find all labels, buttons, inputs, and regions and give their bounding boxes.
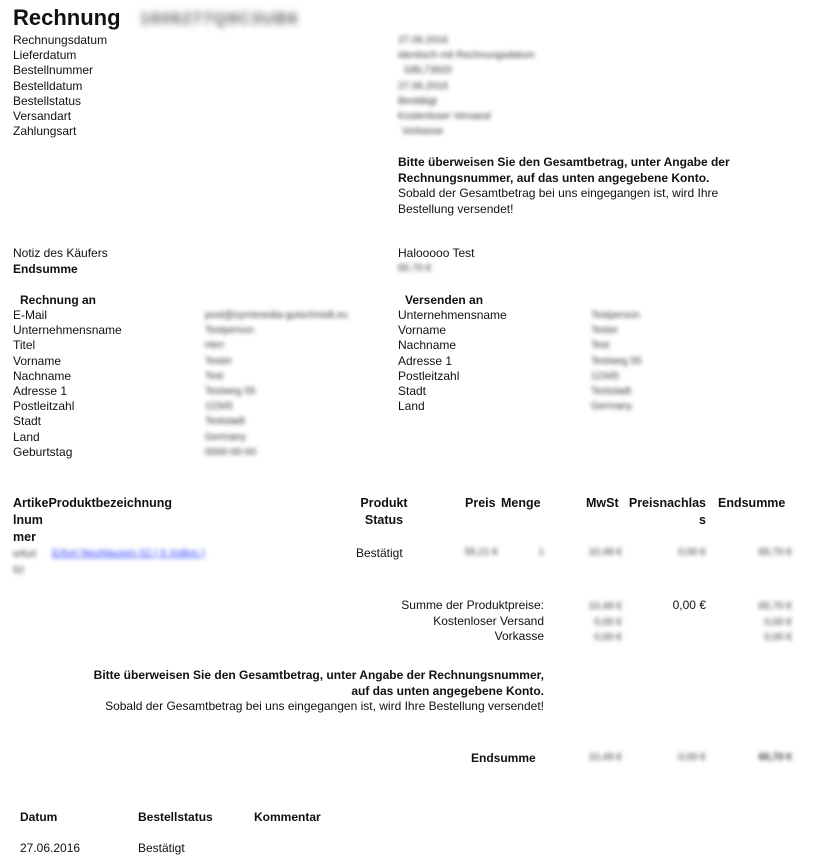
shipping-value: Germany — [591, 399, 642, 414]
col-article-number-c: mer — [13, 529, 172, 546]
summary-tax-shipping: 0,00 € — [560, 615, 622, 631]
billing-values: post@symtmedia-gutschmidt.eu Testperson … — [205, 308, 348, 460]
product-name-link[interactable]: Erfurt Neuhlausen 52 ( 6 Xolkm ) — [52, 547, 205, 559]
shipping-value: Testperson — [591, 308, 642, 323]
value-bestellstatus: Bestätigt — [398, 94, 535, 109]
shipping-label: Vorname — [398, 323, 507, 338]
grand-total-discount: 0,00 € — [640, 752, 706, 763]
payment-notice-2: Bitte überweisen Sie den Gesamtbetrag, u… — [20, 668, 544, 715]
billing-label: Stadt — [13, 414, 122, 429]
grand-total-value: 65,70 € — [720, 752, 792, 763]
shipping-value: Teststadt — [591, 384, 642, 399]
billing-value: Germany — [205, 430, 348, 445]
col-article-number-b: lnum — [13, 512, 172, 529]
label-zahlungsart: Zahlungsart — [13, 124, 107, 139]
col-discount-a: Preisnachlas — [623, 495, 706, 512]
billing-value: Herr — [205, 338, 348, 353]
product-discount: 0,00 € — [640, 547, 706, 558]
billing-value: post@symtmedia-gutschmidt.eu — [205, 308, 348, 323]
order-info-labels: Rechnungsdatum Lieferdatum Bestellnummer… — [13, 33, 107, 139]
shipping-value: Tester — [591, 323, 642, 338]
billing-value: Testperson — [205, 323, 348, 338]
shipping-label: Stadt — [398, 384, 507, 399]
billing-heading: Rechnung an — [20, 293, 96, 307]
shipping-label: Unternehmensname — [398, 308, 507, 323]
summary-tax-payment: 0,00 € — [560, 630, 622, 646]
billing-labels: E-Mail Unternehmensname Titel Vorname Na… — [13, 308, 122, 460]
product-status: Bestätigt — [356, 546, 403, 560]
shipping-label: Postleitzahl — [398, 369, 507, 384]
billing-label: Adresse 1 — [13, 384, 122, 399]
history-date: 27.06.2016 — [20, 841, 80, 855]
value-lieferdatum: identisch mit Rechnungsdatum — [398, 48, 535, 63]
billing-label: Vorname — [13, 354, 122, 369]
col-product-status: Produkt Status — [356, 495, 412, 529]
label-bestellstatus: Bestellstatus — [13, 94, 107, 109]
payment-notice-2-text: Sobald der Gesamtbetrag bei uns eingegan… — [20, 699, 544, 715]
payment-notice: Bitte überweisen Sie den Gesamtbetrag, u… — [398, 155, 730, 217]
shipping-label: Land — [398, 399, 507, 414]
col-discount: Preisnachlas s — [623, 495, 706, 529]
label-lieferdatum: Lieferdatum — [13, 48, 107, 63]
total-label: Endsumme — [13, 262, 78, 276]
summary-label-products: Summe der Produktpreise: — [300, 598, 544, 614]
billing-value: Tester — [205, 354, 348, 369]
summary-labels: Summe der Produktpreise: Kostenloser Ver… — [300, 598, 544, 645]
shipping-values: Testperson Tester Test Testweg 55 12345 … — [591, 308, 642, 414]
product-quantity: 1 — [520, 547, 544, 558]
invoice-number: 1606277Q9C3UB6 — [140, 9, 299, 29]
shipping-value: 12345 — [591, 369, 642, 384]
col-article-number-a: Artike — [13, 496, 48, 510]
product-tax: 10,49 € — [560, 547, 622, 558]
col-article-number: ArtikeProduktbezeichnung lnum mer — [13, 495, 172, 546]
product-price: 55,21 € — [440, 547, 498, 558]
summary-discount-products: 0,00 € — [640, 598, 706, 612]
value-zahlungsart: Vorkasse — [398, 124, 535, 139]
value-bestellnummer: GBL73920 — [398, 63, 535, 78]
billing-label: Titel — [13, 338, 122, 353]
shipping-value: Test — [591, 338, 642, 353]
grand-total-label: Endsumme — [471, 751, 536, 765]
summary-total: 65,70 € 0,00 € 0,00 € — [720, 599, 792, 646]
summary-total-payment: 0,00 € — [720, 630, 792, 646]
history-status: Bestätigt — [138, 841, 185, 855]
summary-total-products: 65,70 € — [720, 599, 792, 615]
billing-value: Teststadt — [205, 414, 348, 429]
summary-label-payment: Vorkasse — [300, 629, 544, 645]
billing-value: 0000-00-00 — [205, 445, 348, 460]
grand-total-tax: 10,49 € — [560, 752, 622, 763]
order-info-values: 27.06.2016 identisch mit Rechnungsdatum … — [398, 33, 535, 139]
payment-notice-text-1: Sobald der Gesamtbetrag bei uns eingegan… — [398, 186, 730, 202]
col-product-name: Produktbezeichnung — [48, 496, 172, 510]
col-product-status-a: Produkt — [356, 495, 412, 512]
payment-notice-bold-1: Bitte überweisen Sie den Gesamtbetrag, u… — [398, 155, 730, 171]
summary-tax-products: 10,49 € — [560, 599, 622, 615]
billing-label: Postleitzahl — [13, 399, 122, 414]
summary-total-shipping: 0,00 € — [720, 615, 792, 631]
billing-label: E-Mail — [13, 308, 122, 323]
payment-notice-2-bold-2: auf das unten angegebene Konto. — [20, 684, 544, 700]
buyer-note-label: Notiz des Käufers — [13, 246, 108, 260]
billing-label: Unternehmensname — [13, 323, 122, 338]
billing-label: Land — [13, 430, 122, 445]
col-tax: MwSt — [586, 495, 619, 512]
billing-value: Test — [205, 369, 348, 384]
value-rechnungsdatum: 27.06.2016 — [398, 33, 535, 48]
label-versandart: Versandart — [13, 109, 107, 124]
shipping-labels: Unternehmensname Vorname Nachname Adress… — [398, 308, 507, 414]
billing-label: Geburtstag — [13, 445, 122, 460]
total-value: 65,70 € — [398, 263, 431, 274]
product-total: 65,70 € — [720, 547, 792, 558]
page-title: Rechnung — [13, 5, 121, 31]
billing-value: Testweg 55 — [205, 384, 348, 399]
label-bestelldatum: Bestelldatum — [13, 79, 107, 94]
shipping-label: Nachname — [398, 338, 507, 353]
col-discount-b: s — [623, 512, 706, 529]
history-col-status: Bestellstatus — [138, 810, 213, 824]
summary-tax: 10,49 € 0,00 € 0,00 € — [560, 599, 622, 646]
shipping-label: Adresse 1 — [398, 354, 507, 369]
payment-notice-text-2: Bestellung versendet! — [398, 202, 730, 218]
col-quantity: Menge — [501, 495, 541, 512]
payment-notice-bold-2: Rechnungsnummer, auf das unten angegeben… — [398, 171, 730, 187]
product-article-number-b: 52 — [13, 563, 36, 579]
billing-value: 12345 — [205, 399, 348, 414]
shipping-heading: Versenden an — [405, 293, 483, 307]
summary-label-shipping: Kostenloser Versand — [300, 614, 544, 630]
product-article-number: erfurt 52 — [13, 547, 36, 579]
payment-notice-2-bold-1: Bitte überweisen Sie den Gesamtbetrag, u… — [20, 668, 544, 684]
history-col-comment: Kommentar — [254, 810, 321, 824]
col-total: Endsumme — [718, 495, 785, 512]
label-bestellnummer: Bestellnummer — [13, 63, 107, 78]
label-rechnungsdatum: Rechnungsdatum — [13, 33, 107, 48]
product-article-number-a: erfurt — [13, 547, 36, 563]
col-price: Preis — [465, 495, 496, 512]
shipping-value: Testweg 55 — [591, 354, 642, 369]
value-bestelldatum: 27.06.2016 — [398, 79, 535, 94]
billing-label: Nachname — [13, 369, 122, 384]
history-col-date: Datum — [20, 810, 57, 824]
value-versandart: Kostenloser Versand — [398, 109, 535, 124]
buyer-note-value: Halooooo Test — [398, 246, 475, 260]
col-product-status-b: Status — [356, 512, 412, 529]
